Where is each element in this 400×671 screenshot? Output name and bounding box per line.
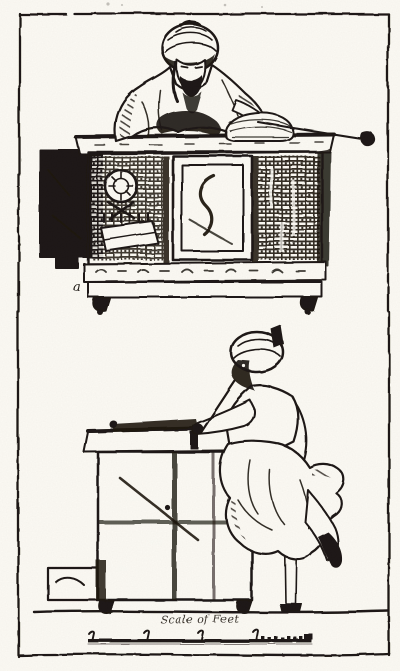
scale-ticks [89, 630, 258, 640]
keyhole [165, 505, 170, 510]
caster-foot-right [301, 297, 318, 311]
margin-smudges [106, 2, 263, 8]
top-panel-front-view: a [19, 13, 388, 315]
protruding-drawer-box [48, 560, 106, 600]
scale-caption: Scale of Feet [160, 613, 239, 627]
scratch-highlight [120, 478, 198, 540]
plinth [84, 262, 326, 282]
plate-drawing: a [0, 0, 400, 671]
engraving-plate: a [0, 0, 400, 671]
figure-ref-label: a [73, 280, 81, 295]
caster-foot-left [93, 297, 110, 311]
cabinet-front [76, 135, 334, 316]
bottom-panel-side-view: Scale of Feet [18, 312, 389, 656]
cabinet-right-edge [318, 150, 330, 266]
pipe-bowl-icon [361, 132, 376, 147]
hand-side [193, 424, 204, 435]
cabinet-left-door [92, 156, 163, 260]
scale-bar [88, 630, 313, 644]
stool-foot [280, 604, 302, 612]
cabinet-centre-door [173, 156, 252, 260]
stile-left [163, 156, 169, 264]
base-rail [88, 282, 322, 297]
automaton-figure-side [193, 325, 344, 612]
cabinet-right-panel [258, 156, 320, 260]
stile-right [252, 156, 258, 264]
